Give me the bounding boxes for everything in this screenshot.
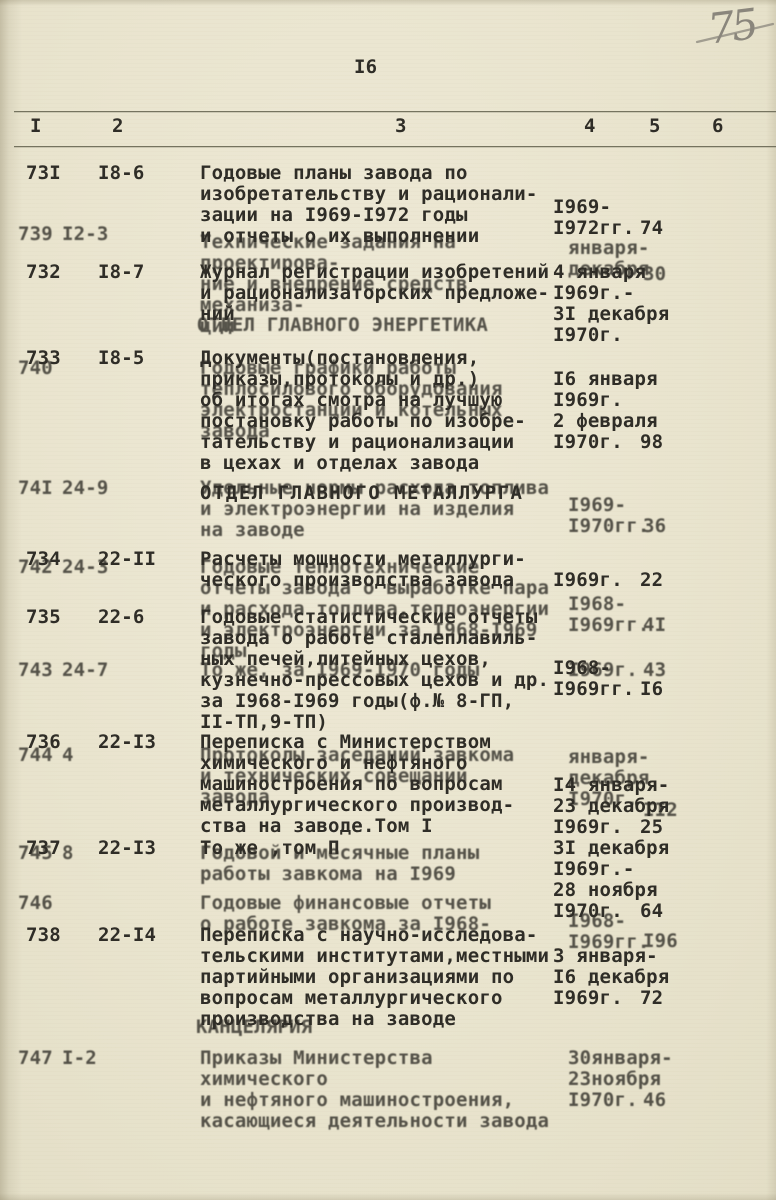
row-number: 737 xyxy=(26,838,61,859)
row-dates: I968- I969гг. xyxy=(553,658,688,700)
row-index: I2-3 xyxy=(62,224,109,245)
row-description: Переписка с научно-исследова- тельскими … xyxy=(200,925,568,1030)
row-number: 739 xyxy=(18,224,53,245)
section-header-metallurg: ОТДЕЛ ГЛАВНОГО МЕТАЛЛУРГА xyxy=(200,483,523,504)
row-dates: I4 января- 23 декабря I969г. xyxy=(553,775,688,838)
row-description: Переписка с Министерством химического и … xyxy=(200,732,568,837)
handwritten-folio-number: 75 xyxy=(706,3,758,50)
row-number: 736 xyxy=(26,732,61,753)
row-dates: 30января- 23ноября I970г. xyxy=(568,1048,698,1111)
row-number: 734 xyxy=(26,549,61,570)
row-pages: 4I xyxy=(643,615,666,636)
row-index: 24-7 xyxy=(62,660,109,681)
row-index: I8-6 xyxy=(98,163,145,184)
row-number: 738 xyxy=(26,925,61,946)
column-header-2: 2 xyxy=(112,116,124,137)
row-index: 4 xyxy=(62,745,74,766)
row-description: Годовые статистические отчеты завода о р… xyxy=(200,607,568,733)
row-index: 8 xyxy=(62,843,74,864)
row-dates: I969- I972гг. xyxy=(553,197,688,239)
row-dates: 4 января I969г.- 3I декабря I970г. xyxy=(553,262,688,346)
row-number: 747 xyxy=(18,1048,53,1069)
row-number: 743 xyxy=(18,660,53,681)
row-pages: 46 xyxy=(643,1090,666,1111)
row-pages: 36 xyxy=(643,516,666,537)
row-pages: 74 xyxy=(640,218,663,239)
row-dates: I6 января I969г. 2 февраля I970г. xyxy=(553,369,688,453)
table-rule-top xyxy=(14,111,776,112)
row-pages: I6 xyxy=(640,679,663,700)
column-header-3: 3 xyxy=(395,116,407,137)
row-description: Годовые планы завода по изобретательству… xyxy=(200,163,568,247)
row-index: 22-6 xyxy=(98,607,145,628)
column-header-4: 4 xyxy=(584,116,596,137)
row-description: То же ,том П xyxy=(200,838,568,859)
row-number: 733 xyxy=(26,348,61,369)
row-pages: 72 xyxy=(640,988,663,1009)
row-index: I8-5 xyxy=(98,348,145,369)
row-pages: 22 xyxy=(640,570,663,591)
row-number: 73I xyxy=(26,163,61,184)
row-description: Приказы Министерства химического и нефтя… xyxy=(200,1048,572,1132)
row-description: Расчеты мощности металлурги- ческого про… xyxy=(200,549,568,591)
pencil-stroke xyxy=(0,0,776,80)
row-dates: I969г. xyxy=(553,570,688,591)
row-index: 22-I4 xyxy=(98,925,156,946)
row-dates: I969- I970гг. xyxy=(568,495,698,537)
page-number: I6 xyxy=(354,57,377,78)
row-description: Журнал регистрации изобретений и рациона… xyxy=(200,262,568,325)
row-number: 732 xyxy=(26,262,61,283)
row-index: 22-I3 xyxy=(98,838,156,859)
row-pages: 25 xyxy=(640,817,663,838)
row-index: I8-7 xyxy=(98,262,145,283)
row-index: 22-II xyxy=(98,549,156,570)
column-header-6: 6 xyxy=(712,116,724,137)
row-pages: 98 xyxy=(640,432,663,453)
row-number: 735 xyxy=(26,607,61,628)
table-rule-bottom xyxy=(14,146,776,147)
row-dates: 3 января- I6 декабря I969г. xyxy=(553,946,688,1009)
row-index: I-2 xyxy=(62,1048,97,1069)
scanned-archive-page: 75 I6 I 2 3 4 5 6 739 I2-3 Технические з… xyxy=(0,0,776,1200)
row-description: Документы(постановления, приказы,протоко… xyxy=(200,348,568,474)
row-number: 746 xyxy=(18,893,53,914)
row-dates: I968- I969гг. xyxy=(568,594,698,636)
column-header-1: I xyxy=(30,116,42,137)
row-dates: 3I декабря I969г.- 28 ноября I970г. xyxy=(553,838,688,922)
column-header-5: 5 xyxy=(649,116,661,137)
row-index: 24-9 xyxy=(62,478,109,499)
row-index: 22-I3 xyxy=(98,732,156,753)
row-number: 74I xyxy=(18,478,53,499)
row-pages: 64 xyxy=(640,901,663,922)
